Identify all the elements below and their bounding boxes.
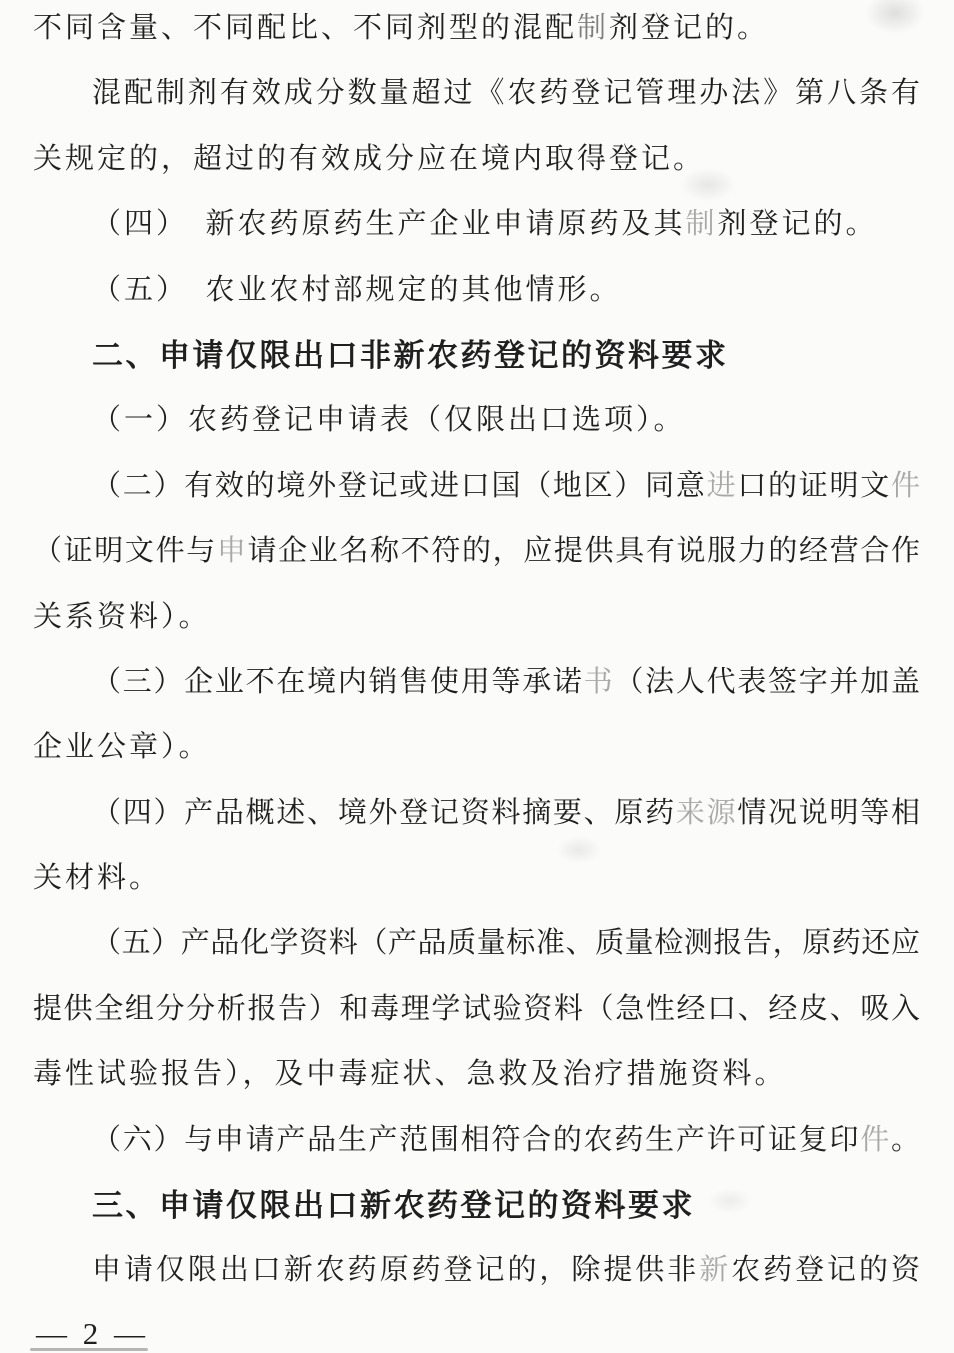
text-segment: 剂登记的。 xyxy=(718,208,878,240)
text-segment: （五）产品化学资料（产品质量标准、质量检测报告，原药还应 xyxy=(92,927,920,959)
text-segment: （四）产品概述、境外登记资料摘要、原药 xyxy=(92,797,676,829)
text-line: （三）企业不在境内销售使用等承诺书（法人代表签字并加盖 xyxy=(33,650,920,715)
text-line: （一）农药登记申请表（仅限出口选项）。 xyxy=(33,388,920,453)
text-segment: 关材料。 xyxy=(33,862,161,894)
faded-text-segment: 新 xyxy=(699,1254,731,1286)
text-segment: 申请仅限出口新农药原药登记的，除提供非 xyxy=(92,1254,699,1286)
text-segment: 请企业名称不符的，应提供具有说服力的经营合作 xyxy=(248,535,920,567)
faded-text-segment: 申 xyxy=(217,535,248,567)
faded-text-segment: 制 xyxy=(686,208,718,240)
text-segment: 不同含量、不同配比、不同剂型的混配 xyxy=(33,12,577,44)
text-line: （五）产品化学资料（产品质量标准、质量检测报告，原药还应 xyxy=(33,911,920,976)
text-line: 毒性试验报告），及中毒症状、急救及治疗措施资料。 xyxy=(33,1042,920,1107)
faded-text-segment: 件 xyxy=(891,470,920,502)
document-body: 不同含量、不同配比、不同剂型的混配制剂登记的。混配制剂有效成分数量超过《农药登记… xyxy=(33,0,920,1304)
text-line: 不同含量、不同配比、不同剂型的混配制剂登记的。 xyxy=(33,0,920,61)
text-segment: （证明文件与 xyxy=(33,535,217,567)
section-heading: 二、申请仅限出口非新农药登记的资料要求 xyxy=(33,323,920,388)
text-segment: （五） 农业农村部规定的其他情形。 xyxy=(92,274,622,306)
scanned-document-page: 不同含量、不同配比、不同剂型的混配制剂登记的。混配制剂有效成分数量超过《农药登记… xyxy=(0,0,954,1353)
text-segment: （六）与申请产品生产范围相符合的农药生产许可证复印 xyxy=(92,1124,860,1156)
faded-text-segment: 书 xyxy=(584,666,615,698)
text-line: 混配制剂有效成分数量超过《农药登记管理办法》第八条有 xyxy=(33,61,920,126)
text-segment: 毒性试验报告），及中毒症状、急救及治疗措施资料。 xyxy=(33,1058,787,1090)
faded-text-segment: 件 xyxy=(860,1124,891,1156)
text-segment: 。 xyxy=(891,1124,920,1156)
text-segment: 混配制剂有效成分数量超过《农药登记管理办法》第八条有 xyxy=(92,77,920,109)
text-line: （四） 新农药原药生产企业申请原药及其制剂登记的。 xyxy=(33,192,920,257)
text-segment: （一）农药登记申请表（仅限出口选项）。 xyxy=(92,404,686,436)
text-line: 企业公章）。 xyxy=(33,715,920,780)
text-segment: 关系资料）。 xyxy=(33,601,211,633)
text-line: 提供全组分分析报告）和毒理学试验资料（急性经口、经皮、吸入 xyxy=(33,977,920,1042)
text-segment: 农药登记的资 xyxy=(731,1254,920,1286)
section-heading: 三、申请仅限出口新农药登记的资料要求 xyxy=(33,1173,920,1238)
text-segment: 情况说明等相 xyxy=(737,797,920,829)
text-line: 申请仅限出口新农药原药登记的，除提供非新农药登记的资 xyxy=(33,1238,920,1303)
text-segment: 口的证明文 xyxy=(737,470,891,502)
faded-text-segment: 来源 xyxy=(676,797,737,829)
faded-text-segment: 制 xyxy=(577,12,609,44)
scan-edge-artifact xyxy=(30,1348,148,1351)
text-segment: 关规定的，超过的有效成分应在境内取得登记。 xyxy=(33,143,705,175)
text-line: 关规定的，超过的有效成分应在境内取得登记。 xyxy=(33,127,920,192)
text-line: 关材料。 xyxy=(33,846,920,911)
faded-text-segment: 进 xyxy=(707,470,738,502)
text-segment: 三、申请仅限出口新农药登记的资料要求 xyxy=(92,1188,695,1223)
text-line: （二）有效的境外登记或进口国（地区）同意进口的证明文件 xyxy=(33,454,920,519)
text-segment: 企业公章）。 xyxy=(33,731,211,763)
text-segment: （二）有效的境外登记或进口国（地区）同意 xyxy=(92,470,707,502)
text-segment: 剂登记的。 xyxy=(609,12,769,44)
text-line: 关系资料）。 xyxy=(33,585,920,650)
text-segment: （法人代表签字并加盖 xyxy=(614,666,920,698)
text-segment: （四） 新农药原药生产企业申请原药及其 xyxy=(92,208,686,240)
text-line: （六）与申请产品生产范围相符合的农药生产许可证复印件。 xyxy=(33,1108,920,1173)
text-line: （证明文件与申请企业名称不符的，应提供具有说服力的经营合作 xyxy=(33,519,920,584)
text-segment: 二、申请仅限出口非新农药登记的资料要求 xyxy=(92,338,729,373)
text-line: （四）产品概述、境外登记资料摘要、原药来源情况说明等相 xyxy=(33,781,920,846)
text-line: （五） 农业农村部规定的其他情形。 xyxy=(33,258,920,323)
text-segment: 提供全组分分析报告）和毒理学试验资料（急性经口、经皮、吸入 xyxy=(33,993,920,1025)
text-segment: （三）企业不在境内销售使用等承诺 xyxy=(92,666,584,698)
